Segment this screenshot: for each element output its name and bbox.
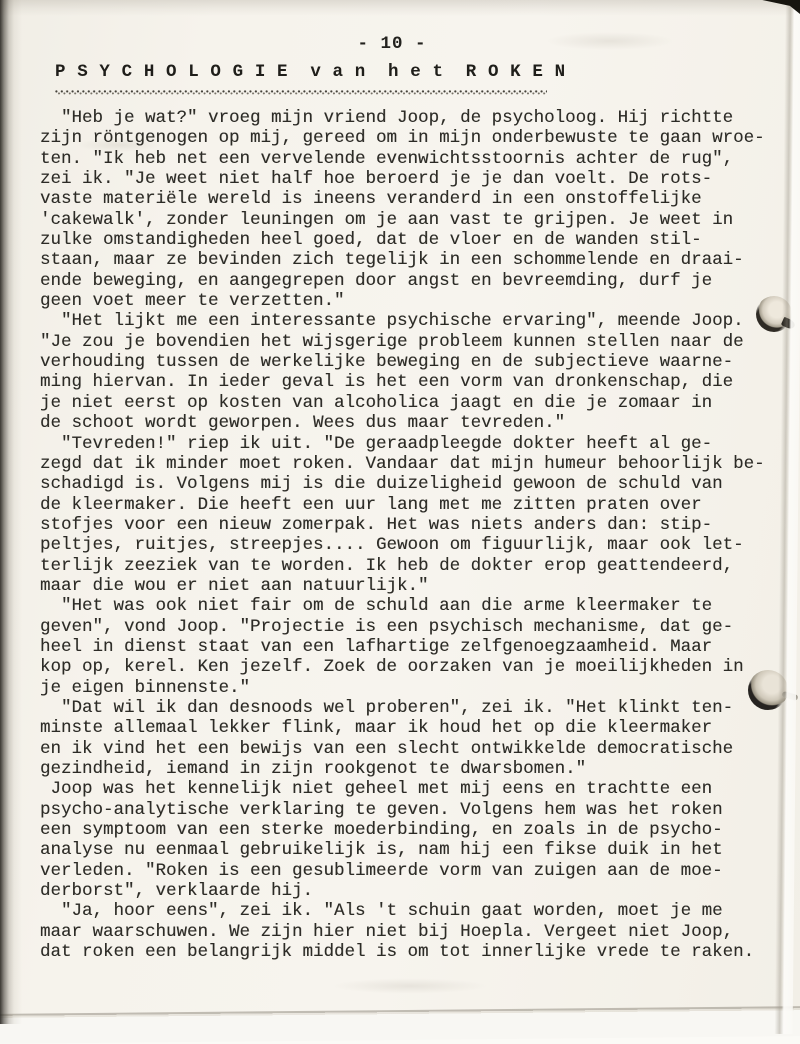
paper-smudge xyxy=(300,975,520,997)
page-title: P S Y C H O L O G I E v a n h e t R O K … xyxy=(55,62,566,82)
page-number: - 10 - xyxy=(0,34,784,54)
page-edge-bottom xyxy=(0,1006,800,1024)
title-underline xyxy=(55,90,547,96)
scan-top-smudge xyxy=(0,0,800,16)
scanned-document: - 10 - P S Y C H O L O G I E v a n h e t… xyxy=(0,0,800,1024)
body-text: "Heb je wat?" vroeg mijn vriend Joop, de… xyxy=(40,108,780,962)
paper-page: - 10 - P S Y C H O L O G I E v a n h e t… xyxy=(0,0,800,1024)
binder-edge-left xyxy=(0,0,22,1024)
